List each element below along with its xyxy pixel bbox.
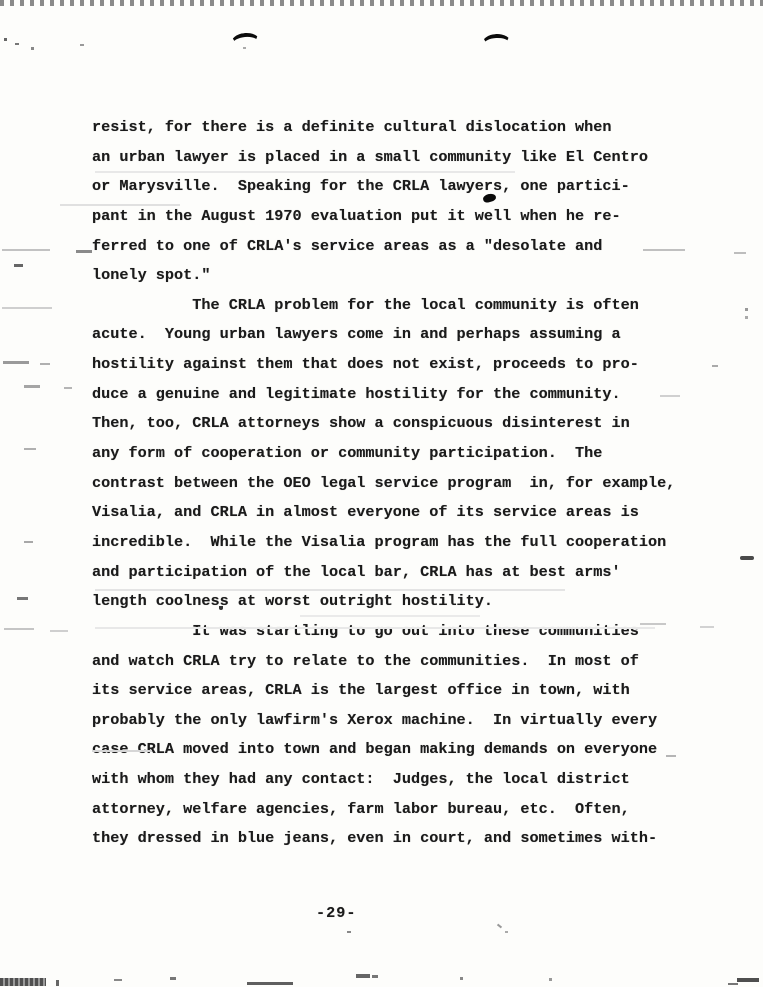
scan-speck	[712, 365, 718, 367]
scan-smudge	[372, 975, 378, 978]
scan-streak	[92, 750, 152, 752]
binder-arc-left-mark	[230, 32, 261, 53]
text-line: with whom they had any contact: Judges, …	[92, 765, 675, 795]
scan-smudge	[56, 980, 59, 986]
scan-smudge	[114, 979, 122, 981]
scan-smudge	[3, 361, 29, 364]
text-line: lonely spot."	[92, 261, 675, 291]
scan-speck	[31, 47, 34, 50]
binder-arc-right-mark	[482, 33, 512, 53]
scan-streak	[95, 171, 515, 173]
scan-smudge	[76, 250, 92, 253]
scan-speck	[460, 977, 463, 980]
scan-smudge	[50, 630, 68, 632]
scan-smudge	[356, 974, 370, 978]
text-line: ferred to one of CRLA's service areas as…	[92, 232, 675, 262]
scan-smudge	[660, 395, 680, 397]
scan-streak	[95, 627, 655, 629]
scan-speck	[15, 43, 19, 45]
text-line: or Marysville. Speaking for the CRLA law…	[92, 172, 675, 202]
text-line: and watch CRLA try to relate to the comm…	[92, 647, 675, 677]
typewritten-text-block: resist, for there is a definite cultural…	[92, 113, 675, 854]
scan-speck	[745, 308, 748, 311]
text-line: and participation of the local bar, CRLA…	[92, 558, 675, 588]
scan-smudge	[740, 556, 754, 560]
scan-speck	[80, 44, 84, 46]
scan-smudge	[700, 626, 714, 628]
scan-smudge	[17, 597, 28, 600]
scan-streak	[95, 589, 565, 591]
scan-smudge	[14, 264, 23, 267]
scan-smudge	[24, 385, 40, 388]
scan-smudge	[643, 249, 685, 251]
scan-smudge	[728, 983, 738, 985]
scan-speck	[243, 47, 246, 49]
scan-speck	[549, 978, 552, 981]
scan-speck	[745, 316, 748, 319]
scan-smudge	[4, 628, 34, 630]
text-line: length coolness at worst outright hostil…	[92, 587, 675, 617]
text-line: case CRLA moved into town and began maki…	[92, 735, 675, 765]
text-line: acute. Young urban lawyers come in and p…	[92, 320, 675, 350]
scan-streak	[60, 204, 180, 206]
text-line: its service areas, CRLA is the largest o…	[92, 676, 675, 706]
scan-speck	[219, 606, 223, 610]
scan-smudge	[247, 982, 293, 985]
scan-speck	[4, 38, 7, 41]
text-line: Then, too, CRLA attorneys show a conspic…	[92, 409, 675, 439]
scan-smudge	[24, 448, 36, 450]
text-line: any form of cooperation or community par…	[92, 439, 675, 469]
scan-smudge	[737, 978, 759, 982]
scan-speck	[505, 931, 508, 933]
scan-smudge	[2, 307, 52, 309]
text-line: The CRLA problem for the local community…	[92, 291, 675, 321]
scan-speck	[347, 931, 351, 933]
scanned-document-page: resist, for there is a definite cultural…	[0, 0, 763, 987]
text-line: hostility against them that does not exi…	[92, 350, 675, 380]
scan-smudge	[640, 623, 666, 625]
scan-streak	[300, 615, 480, 617]
text-line: It was startling to go out into these co…	[92, 617, 675, 647]
page-number: -29-	[316, 899, 356, 928]
text-line: attorney, welfare agencies, farm labor b…	[92, 795, 675, 825]
scan-smudge	[0, 978, 46, 986]
scan-smudge	[170, 977, 176, 980]
scan-smudge	[24, 541, 33, 543]
scan-dotted-edge-top	[0, 0, 763, 6]
scan-smudge	[666, 755, 676, 757]
scan-smudge	[2, 249, 50, 251]
scan-smudge	[64, 387, 72, 389]
text-line: pant in the August 1970 evaluation put i…	[92, 202, 675, 232]
text-line: incredible. While the Visalia program ha…	[92, 528, 675, 558]
scan-smudge	[734, 252, 746, 254]
text-line: probably the only lawfirm's Xerox machin…	[92, 706, 675, 736]
text-line: Visalia, and CRLA in almost everyone of …	[92, 498, 675, 528]
scan-smudge	[40, 363, 50, 365]
text-line: resist, for there is a definite cultural…	[92, 113, 675, 143]
text-line: an urban lawyer is placed in a small com…	[92, 143, 675, 173]
text-line: duce a genuine and legitimate hostility …	[92, 380, 675, 410]
text-line: they dressed in blue jeans, even in cour…	[92, 824, 675, 854]
scan-speck	[497, 924, 502, 929]
text-line: contrast between the OEO legal service p…	[92, 469, 675, 499]
